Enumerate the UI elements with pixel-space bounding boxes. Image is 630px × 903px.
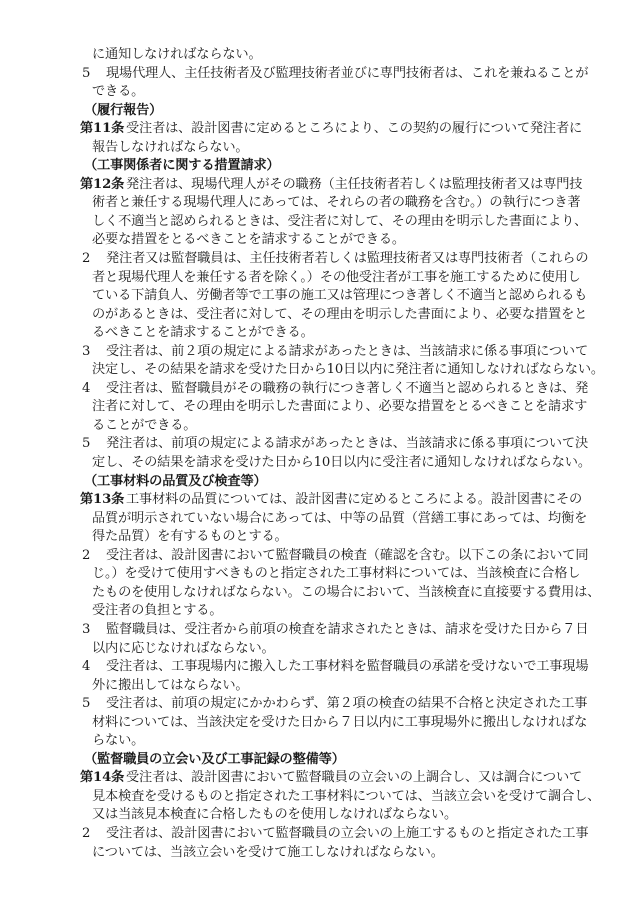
paragraph: 2発注者又は監督職員は、主任技術者若しくは監理技術者又は専門技術者（これらの者と…	[80, 250, 560, 343]
continuation-line: 見本検査を受けるものと指定された工事材料については、当該立会いを受けて調合し、	[80, 788, 560, 807]
continuation-line: ることができる。	[80, 417, 560, 436]
article-number: 第13条	[80, 491, 126, 510]
article-number: 第11条	[80, 120, 126, 139]
continuation-line: 受注者の負担とする。	[80, 602, 560, 621]
line-text: 発注者は、前項の規定による請求があったときは、当該請求に係る事項について決	[106, 436, 588, 451]
line-text: 受注者は、設計図書において監督職員の立会いの上調合し、又は調合について	[126, 770, 582, 785]
continuation-line: 又は当該見本検査に合格したものを使用しなければならない。	[80, 806, 560, 825]
continuation-line: ている下請負人、労働者等で工事の施工又は管理につき著しく不適当と認められるも	[80, 287, 560, 306]
continuation-line: 報告しなければならない。	[80, 139, 560, 158]
paragraph: 4受注者は、監督職員がその職務の執行につき著しく不適当と認められるときは、発注者…	[80, 380, 560, 436]
paragraph-number: 4	[80, 658, 106, 677]
paragraph-first-line: 4受注者は、工事現場内に搬入した工事材料を監督職員の承諾を受けないで工事現場	[80, 658, 560, 677]
paragraph: 2受注者は、設計図書において監督職員の検査（確認を含む。以下この条において同じ。…	[80, 547, 560, 621]
article: 第11条受注者は、設計図書に定めるところにより、この契約の履行について発注者に報…	[80, 120, 560, 157]
continuation-line: 品質が明示されていない場合にあっては、中等の品質（営繕工事にあっては、均衡を	[80, 510, 560, 529]
continuation-line: 決定し、その結果を請求を受けた日から10日以内に発注者に通知しなければならない。	[80, 361, 560, 380]
line-text: 監督職員は、受注者から前項の検査を請求されたときは、請求を受けた日から７日	[106, 622, 588, 637]
continuation-line: るべきことを請求することができる。	[80, 324, 560, 343]
paragraph: 5受注者は、前項の規定にかかわらず、第２項の検査の結果不合格と決定された工事材料…	[80, 695, 560, 751]
paragraph-first-line: 2受注者は、設計図書において監督職員の立会いの上施工するものと指定された工事	[80, 825, 560, 844]
paragraph-number: 5	[80, 435, 106, 454]
article-heading: （履行報告）	[80, 102, 560, 121]
article-first-line: 第12条発注者は、現場代理人がその職務（主任技術者若しくは監理技術者又は専門技	[80, 176, 560, 195]
continuation-line: らない。	[80, 732, 560, 751]
article-first-line: 第14条受注者は、設計図書において監督職員の立会いの上調合し、又は調合について	[80, 769, 560, 788]
continuation-line: じ。）を受けて使用すべきものと指定された工事材料については、当該検査に合格し	[80, 565, 560, 584]
line-text: 現場代理人、主任技術者及び監理技術者並びに専門技術者は、これを兼ねることが	[106, 66, 588, 81]
continuation-line: 者と現場代理人を兼任する者を除く。）その他受注者が工事を施工するために使用し	[80, 269, 560, 288]
continuation-line: 定し、その結果を請求を受けた日から10日以内に受注者に通知しなければならない。	[80, 454, 560, 473]
article: 第14条受注者は、設計図書において監督職員の立会いの上調合し、又は調合について見…	[80, 769, 560, 825]
line-text: 受注者は、設計図書に定めるところにより、この契約の履行について発注者に	[126, 121, 582, 136]
article-number: 第12条	[80, 176, 126, 195]
line-text: 受注者は、工事現場内に搬入した工事材料を監督職員の承諾を受けないで工事現場	[106, 659, 588, 674]
continuation-line: 外に搬出してはならない。	[80, 677, 560, 696]
line-text: 受注者は、監督職員がその職務の執行につき著しく不適当と認められるときは、発	[106, 381, 588, 396]
line-text: 発注者は、現場代理人がその職務（主任技術者若しくは監理技術者又は専門技	[126, 177, 582, 192]
line-text: 工事材料の品質については、設計図書に定めるところによる。設計図書にその	[126, 492, 582, 507]
continuation-line: 以内に応じなければならない。	[80, 640, 560, 659]
continuation-line: 注者に対して、その理由を明示した書面により、必要な措置をとるべきことを請求す	[80, 398, 560, 417]
paragraph-first-line: 5発注者は、前項の規定による請求があったときは、当該請求に係る事項について決	[80, 435, 560, 454]
paragraph: 3監督職員は、受注者から前項の検査を請求されたときは、請求を受けた日から７日以内…	[80, 621, 560, 658]
article-heading: （工事材料の品質及び検査等）	[80, 473, 560, 492]
paragraph-number: 2	[80, 547, 106, 566]
continuation-line: 術者と兼任する現場代理人にあっては、それらの者の職務を含む。）の執行につき著	[80, 194, 560, 213]
continuation-line: 得た品質）を有するものとする。	[80, 528, 560, 547]
paragraph-number: 5	[80, 65, 106, 84]
line-text: 発注者又は監督職員は、主任技術者若しくは監理技術者又は専門技術者（これらの	[106, 251, 588, 266]
continuation-line: 必要な措置をとるべきことを請求することができる。	[80, 231, 560, 250]
paragraph-first-line: 5現場代理人、主任技術者及び監理技術者並びに専門技術者は、これを兼ねることが	[80, 65, 560, 84]
paragraph-number: 3	[80, 343, 106, 362]
continuation-line: できる。	[80, 83, 560, 102]
contract-text-body: に通知しなければならない。5現場代理人、主任技術者及び監理技術者並びに専門技術者…	[80, 46, 560, 862]
continuation-line: のがあるときは、受注者に対して、その理由を明示した書面により、必要な措置をと	[80, 306, 560, 325]
continuation-line: たものを使用しなければならない。この場合において、当該検査に直接要する費用は、	[80, 584, 560, 603]
article: 第13条工事材料の品質については、設計図書に定めるところによる。設計図書にその品…	[80, 491, 560, 547]
paragraph: 2受注者は、設計図書において監督職員の立会いの上施工するものと指定された工事につ…	[80, 825, 560, 862]
line-text: 受注者は、前項の規定にかかわらず、第２項の検査の結果不合格と決定された工事	[106, 696, 587, 711]
continuation-line: しく不適当と認められるときは、受注者に対して、その理由を明示した書面により、	[80, 213, 560, 232]
article-first-line: 第11条受注者は、設計図書に定めるところにより、この契約の履行について発注者に	[80, 120, 560, 139]
paragraph: 5現場代理人、主任技術者及び監理技術者並びに専門技術者は、これを兼ねることができ…	[80, 65, 560, 102]
paragraph-first-line: 4受注者は、監督職員がその職務の執行につき著しく不適当と認められるときは、発	[80, 380, 560, 399]
paragraph: 3受注者は、前２項の規定による請求があったときは、当該請求に係る事項について決定…	[80, 343, 560, 380]
article-number: 第14条	[80, 769, 126, 788]
paragraph-first-line: 3監督職員は、受注者から前項の検査を請求されたときは、請求を受けた日から７日	[80, 621, 560, 640]
paragraph-first-line: 2受注者は、設計図書において監督職員の検査（確認を含む。以下この条において同	[80, 547, 560, 566]
article-heading: （監督職員の立会い及び工事記録の整備等）	[80, 751, 560, 770]
article-first-line: 第13条工事材料の品質については、設計図書に定めるところによる。設計図書にその	[80, 491, 560, 510]
paragraph-number: 3	[80, 621, 106, 640]
continuation-line: 材料については、当該決定を受けた日から７日以内に工事現場外に搬出しなければな	[80, 714, 560, 733]
paragraph: 4受注者は、工事現場内に搬入した工事材料を監督職員の承諾を受けないで工事現場外に…	[80, 658, 560, 695]
paragraph-number: 2	[80, 825, 106, 844]
paragraph-first-line: 5受注者は、前項の規定にかかわらず、第２項の検査の結果不合格と決定された工事	[80, 695, 560, 714]
document-page: に通知しなければならない。5現場代理人、主任技術者及び監理技術者並びに専門技術者…	[0, 0, 630, 903]
paragraph: 5発注者は、前項の規定による請求があったときは、当該請求に係る事項について決定し…	[80, 435, 560, 472]
continuation-line: については、当該立会いを受けて施工しなければならない。	[80, 844, 560, 863]
continuation-line: に通知しなければならない。	[80, 46, 560, 65]
paragraph-number: 4	[80, 380, 106, 399]
line-text: 受注者は、前２項の規定による請求があったときは、当該請求に係る事項について	[106, 344, 588, 359]
paragraph-first-line: 3受注者は、前２項の規定による請求があったときは、当該請求に係る事項について	[80, 343, 560, 362]
line-text: 受注者は、設計図書において監督職員の検査（確認を含む。以下この条において同	[106, 548, 588, 563]
article-heading: （工事関係者に関する措置請求）	[80, 157, 560, 176]
article: 第12条発注者は、現場代理人がその職務（主任技術者若しくは監理技術者又は専門技術…	[80, 176, 560, 250]
line-text: 受注者は、設計図書において監督職員の立会いの上施工するものと指定された工事	[106, 826, 588, 841]
paragraph-first-line: 2発注者又は監督職員は、主任技術者若しくは監理技術者又は専門技術者（これらの	[80, 250, 560, 269]
paragraph-number: 5	[80, 695, 106, 714]
paragraph-number: 2	[80, 250, 106, 269]
